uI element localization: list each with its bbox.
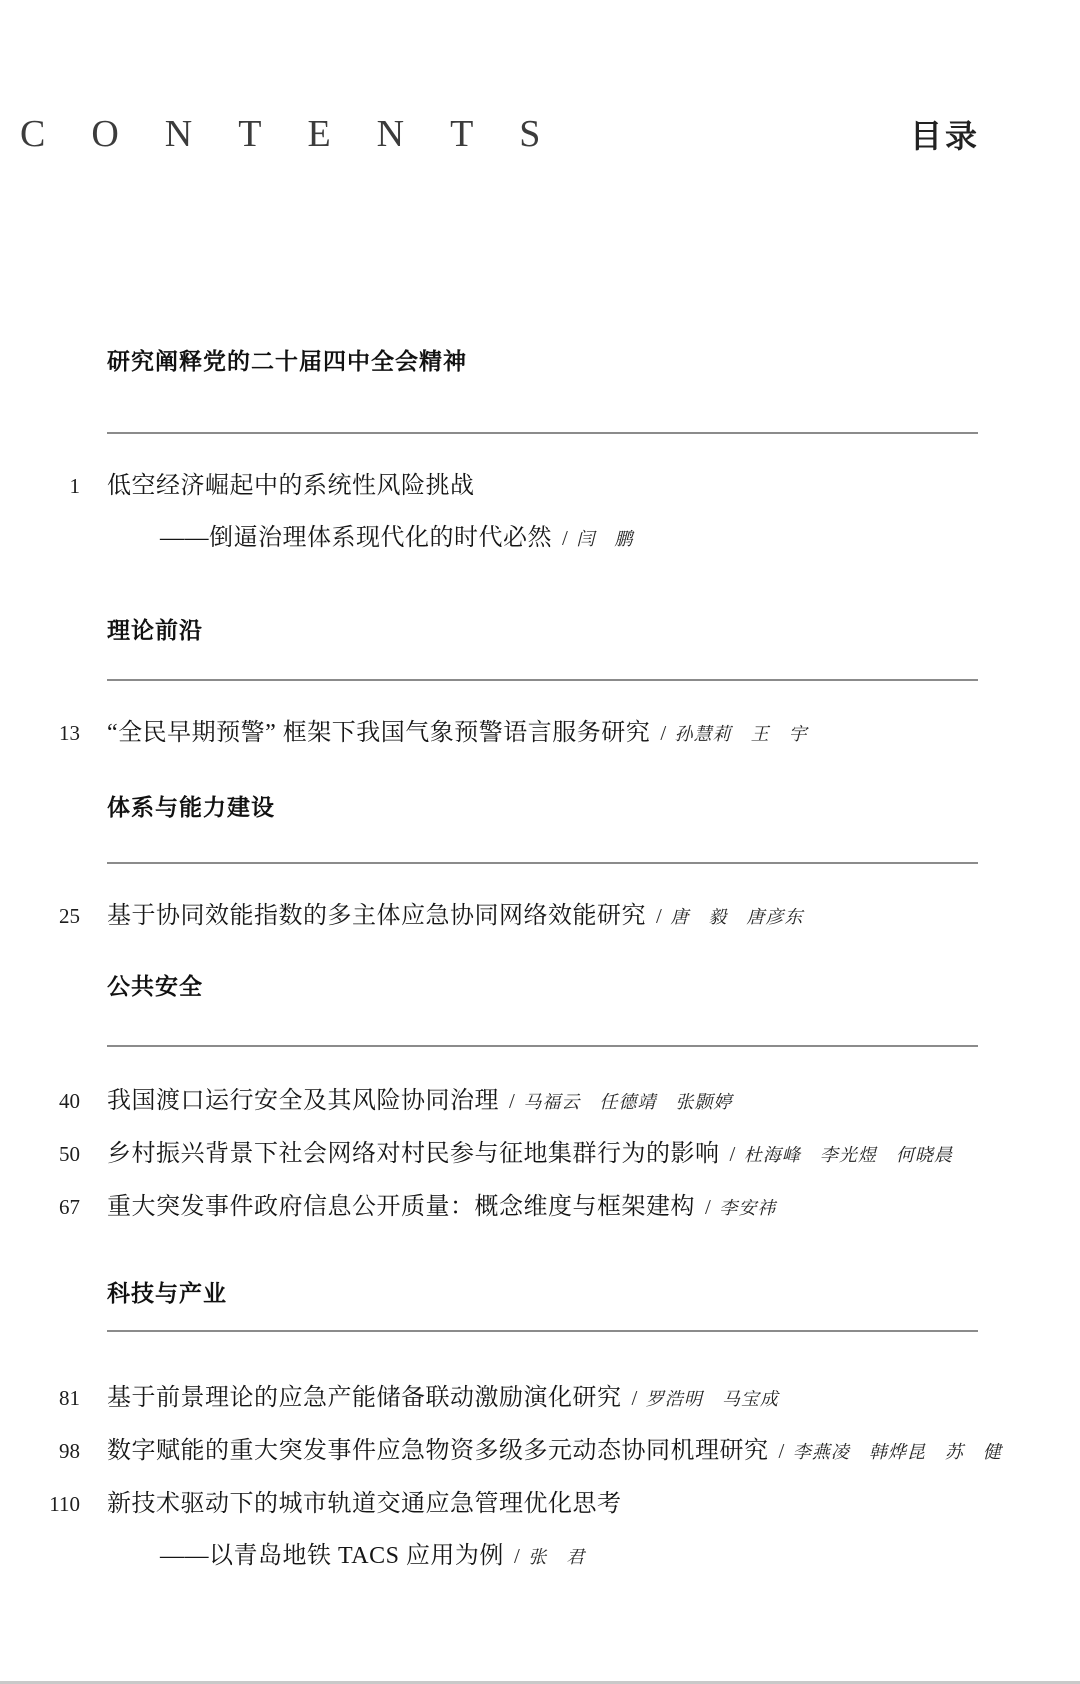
toc-entry: 13 “全民早期预警” 框架下我国气象预警语言服务研究/孙慧莉 王 宇 — [0, 707, 1080, 760]
entry-body: 低空经济崛起中的系统性风险挑战 ——倒逼治理体系现代化的时代必然/闫 鹏 — [107, 460, 1080, 565]
entry-title-line: “全民早期预警” 框架下我国气象预警语言服务研究/孙慧莉 王 宇 — [107, 707, 1080, 760]
entry-title-line: 数字赋能的重大突发事件应急物资多级多元动态协同机理研究/李燕凌 韩烨昆 苏 健 — [107, 1425, 1080, 1478]
entry-title: 我国渡口运行安全及其风险协同治理 — [107, 1088, 499, 1114]
section-rule — [107, 862, 978, 864]
section-system-capability: 体系与能力建设 25 基于协同效能指数的多主体应急协同网络效能研究/唐 毅 唐彦… — [0, 792, 1080, 943]
section-heading: 理论前沿 — [107, 615, 1080, 645]
entry-authors: 闫 鹏 — [576, 529, 633, 549]
separator-slash: / — [656, 904, 662, 928]
entry-subtitle-line: ——倒逼治理体系现代化的时代必然/闫 鹏 — [107, 512, 1080, 565]
entry-authors: 马福云 任德靖 张颢婷 — [523, 1092, 732, 1112]
entry-title: 数字赋能的重大突发事件应急物资多级多元动态协同机理研究 — [107, 1438, 769, 1464]
section-heading: 科技与产业 — [107, 1278, 1080, 1308]
section-entries: 25 基于协同效能指数的多主体应急协同网络效能研究/唐 毅 唐彦东 — [0, 890, 1080, 943]
entry-page-number: 50 — [0, 1128, 80, 1181]
entry-subtitle: ——倒逼治理体系现代化的时代必然 — [160, 525, 552, 551]
section-heading: 体系与能力建设 — [107, 792, 1080, 822]
toc-entry: 81 基于前景理论的应急产能储备联动激励演化研究/罗浩明 马宝成 — [0, 1372, 1080, 1425]
section-entries: 81 基于前景理论的应急产能储备联动激励演化研究/罗浩明 马宝成 98 数字赋能… — [0, 1372, 1080, 1583]
toc-entry: 1 低空经济崛起中的系统性风险挑战 ——倒逼治理体系现代化的时代必然/闫 鹏 — [0, 460, 1080, 565]
entry-authors: 唐 毅 唐彦东 — [670, 907, 803, 927]
entry-body: 基于协同效能指数的多主体应急协同网络效能研究/唐 毅 唐彦东 — [107, 890, 1080, 943]
entry-title: 基于协同效能指数的多主体应急协同网络效能研究 — [107, 903, 646, 929]
entry-subtitle: ——以青岛地铁 TACS 应用为例 — [160, 1543, 504, 1569]
entry-page-number: 81 — [0, 1372, 80, 1425]
section-rule — [107, 1330, 978, 1332]
entry-page-number: 67 — [0, 1181, 80, 1234]
section-rule — [107, 432, 978, 434]
entry-authors: 罗浩明 马宝成 — [646, 1389, 779, 1409]
entry-body: 我国渡口运行安全及其风险协同治理/马福云 任德靖 张颢婷 — [107, 1075, 1080, 1128]
entry-title: 基于前景理论的应急产能储备联动激励演化研究 — [107, 1385, 622, 1411]
entry-page-number: 110 — [0, 1478, 80, 1583]
section-rule — [107, 679, 978, 681]
page-header: CONTENTS 目录 — [0, 0, 1080, 156]
section-entries: 13 “全民早期预警” 框架下我国气象预警语言服务研究/孙慧莉 王 宇 — [0, 707, 1080, 760]
entry-title-line: 乡村振兴背景下社会网络对村民参与征地集群行为的影响/杜海峰 李光煜 何晓晨 — [107, 1128, 1080, 1181]
separator-slash: / — [562, 526, 568, 550]
separator-slash: / — [632, 1386, 638, 1410]
entry-page-number: 40 — [0, 1075, 80, 1128]
contents-title: CONTENTS — [20, 112, 586, 156]
entry-body: 新技术驱动下的城市轨道交通应急管理优化思考 ——以青岛地铁 TACS 应用为例/… — [107, 1478, 1080, 1583]
entry-title-line: 重大突发事件政府信息公开质量：概念维度与框架建构/李安祎 — [107, 1181, 1080, 1234]
toc-entry: 50 乡村振兴背景下社会网络对村民参与征地集群行为的影响/杜海峰 李光煜 何晓晨 — [0, 1128, 1080, 1181]
entry-title: “全民早期预警” 框架下我国气象预警语言服务研究 — [107, 720, 650, 746]
toc-entry: 67 重大突发事件政府信息公开质量：概念维度与框架建构/李安祎 — [0, 1181, 1080, 1234]
entry-body: 乡村振兴背景下社会网络对村民参与征地集群行为的影响/杜海峰 李光煜 何晓晨 — [107, 1128, 1080, 1181]
entry-title: 乡村振兴背景下社会网络对村民参与征地集群行为的影响 — [107, 1141, 720, 1167]
toc-entry: 25 基于协同效能指数的多主体应急协同网络效能研究/唐 毅 唐彦东 — [0, 890, 1080, 943]
separator-slash: / — [514, 1544, 520, 1568]
entry-page-number: 98 — [0, 1425, 80, 1478]
entry-title-line: 基于前景理论的应急产能储备联动激励演化研究/罗浩明 马宝成 — [107, 1372, 1080, 1425]
separator-slash: / — [779, 1439, 785, 1463]
section-theory-frontier: 理论前沿 13 “全民早期预警” 框架下我国气象预警语言服务研究/孙慧莉 王 宇 — [0, 615, 1080, 760]
entry-authors: 张 君 — [528, 1547, 585, 1567]
entry-title-line: 基于协同效能指数的多主体应急协同网络效能研究/唐 毅 唐彦东 — [107, 890, 1080, 943]
entry-title-line: 新技术驱动下的城市轨道交通应急管理优化思考 — [107, 1478, 1080, 1530]
entry-authors: 李安祎 — [719, 1198, 776, 1218]
entry-page-number: 1 — [0, 460, 80, 565]
section-entries: 40 我国渡口运行安全及其风险协同治理/马福云 任德靖 张颢婷 50 乡村振兴背… — [0, 1075, 1080, 1234]
toc-label: 目录 — [910, 116, 980, 156]
entry-title-line: 低空经济崛起中的系统性风险挑战 — [107, 460, 1080, 512]
toc-entry: 110 新技术驱动下的城市轨道交通应急管理优化思考 ——以青岛地铁 TACS 应… — [0, 1478, 1080, 1583]
separator-slash: / — [705, 1195, 711, 1219]
entry-page-number: 25 — [0, 890, 80, 943]
entry-authors: 李燕凌 韩烨昆 苏 健 — [793, 1442, 1002, 1462]
separator-slash: / — [660, 721, 666, 745]
entry-body: 重大突发事件政府信息公开质量：概念维度与框架建构/李安祎 — [107, 1181, 1080, 1234]
entry-body: 基于前景理论的应急产能储备联动激励演化研究/罗浩明 马宝成 — [107, 1372, 1080, 1425]
section-tech-industry: 科技与产业 81 基于前景理论的应急产能储备联动激励演化研究/罗浩明 马宝成 9… — [0, 1278, 1080, 1583]
entry-authors: 孙慧莉 王 宇 — [675, 724, 808, 744]
entry-body: “全民早期预警” 框架下我国气象预警语言服务研究/孙慧莉 王 宇 — [107, 707, 1080, 760]
entry-title: 低空经济崛起中的系统性风险挑战 — [107, 473, 475, 499]
separator-slash: / — [509, 1089, 515, 1113]
separator-slash: / — [730, 1142, 736, 1166]
section-heading: 公共安全 — [107, 971, 1080, 1001]
section-public-safety: 公共安全 40 我国渡口运行安全及其风险协同治理/马福云 任德靖 张颢婷 50 … — [0, 971, 1080, 1234]
entry-page-number: 13 — [0, 707, 80, 760]
section-party-plenum-spirit: 研究阐释党的二十届四中全会精神 1 低空经济崛起中的系统性风险挑战 ——倒逼治理… — [0, 346, 1080, 565]
section-heading: 研究阐释党的二十届四中全会精神 — [107, 346, 1080, 376]
entry-title: 新技术驱动下的城市轨道交通应急管理优化思考 — [107, 1491, 622, 1517]
entry-title-line: 我国渡口运行安全及其风险协同治理/马福云 任德靖 张颢婷 — [107, 1075, 1080, 1128]
entry-subtitle-line: ——以青岛地铁 TACS 应用为例/张 君 — [107, 1530, 1080, 1583]
toc-entry: 40 我国渡口运行安全及其风险协同治理/马福云 任德靖 张颢婷 — [0, 1075, 1080, 1128]
section-entries: 1 低空经济崛起中的系统性风险挑战 ——倒逼治理体系现代化的时代必然/闫 鹏 — [0, 460, 1080, 565]
section-rule — [107, 1045, 978, 1047]
toc-entry: 98 数字赋能的重大突发事件应急物资多级多元动态协同机理研究/李燕凌 韩烨昆 苏… — [0, 1425, 1080, 1478]
entry-title: 重大突发事件政府信息公开质量：概念维度与框架建构 — [107, 1194, 695, 1220]
entry-authors: 杜海峰 李光煜 何晓晨 — [744, 1145, 953, 1165]
entry-body: 数字赋能的重大突发事件应急物资多级多元动态协同机理研究/李燕凌 韩烨昆 苏 健 — [107, 1425, 1080, 1478]
